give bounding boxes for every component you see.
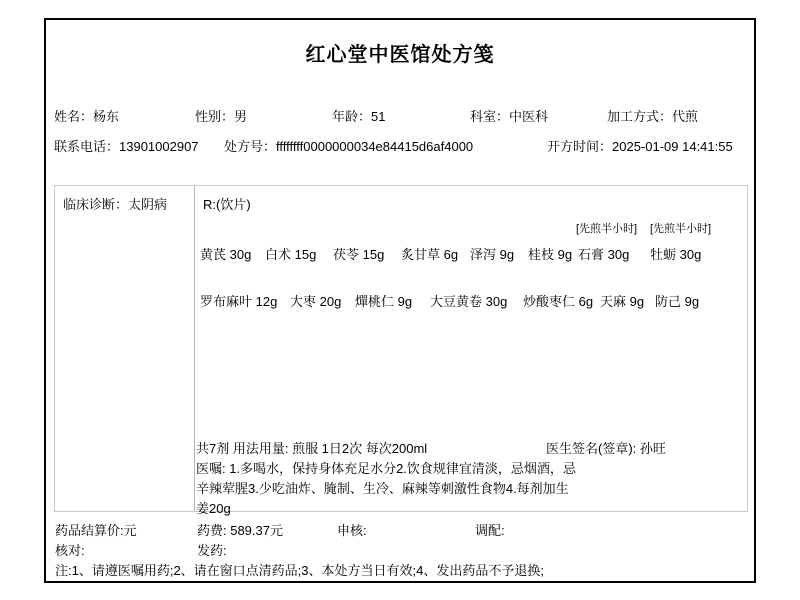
herb-item: 桂枝 9g — [528, 247, 572, 262]
department-field: 科室：中医科 — [470, 109, 548, 124]
patient-gender-field: 性别：男 — [195, 109, 247, 124]
herb-item: 燀桃仁 9g — [355, 294, 412, 309]
patient-age-field: 年龄：51 — [332, 109, 385, 124]
medical-advice-line: 辛辣荤腥3.少吃油炸、腌制、生冷、麻辣等刺激性食物4.每剂加生 — [196, 481, 569, 496]
clinical-diagnosis: 临床诊断：太阴病 — [63, 197, 167, 212]
decoction-note: [先煎半小时] — [650, 223, 711, 236]
usage-line: 共7剂 用法用量: 煎服 1日2次 每次200ml — [196, 441, 427, 456]
allocate-field: 调配: — [475, 523, 505, 538]
dispense-field: 发药: — [197, 543, 227, 558]
medicine-fee-field: 药费: 589.37元 — [197, 523, 283, 538]
diagnosis-divider — [194, 186, 195, 511]
herb-item: 石膏 30g — [578, 247, 629, 262]
herb-item: 大枣 20g — [290, 294, 341, 309]
contact-phone-field: 联系电话：13901002907 — [54, 139, 199, 154]
patient-name-field: 姓名：杨东 — [54, 109, 119, 124]
herb-item: 防己 9g — [655, 294, 699, 309]
herb-item: 罗布麻叶 12g — [200, 294, 277, 309]
herb-item: 黄芪 30g — [200, 247, 251, 262]
doctor-signature: 医生签名(签章): 孙旺 — [546, 441, 666, 456]
herb-item: 茯苓 15g — [333, 247, 384, 262]
medical-advice-line: 姜20g — [196, 501, 231, 516]
herb-item: 天麻 9g — [600, 294, 644, 309]
herb-item: 大豆黄卷 30g — [430, 294, 507, 309]
processing-method-field: 加工方式：代煎 — [607, 109, 698, 124]
footer-note: 注:1、请遵医嘱用药;2、请在窗口点清药品;3、本处方当日有效;4、发出药品不予… — [55, 563, 544, 578]
check-field: 核对: — [55, 543, 85, 558]
prescription-body: 临床诊断：太阴病 R:(饮片) [先煎半小时] [先煎半小时] 黄芪 30g 白… — [54, 185, 748, 512]
herb-item: 炙甘草 6g — [401, 247, 458, 262]
prescription-form: 红心堂中医馆处方笺 姓名：杨东 性别：男 年龄：51 科室：中医科 加工方式：代… — [44, 18, 756, 583]
prescription-number-field: 处方号：ffffffff0000000034e84415d6af4000 — [224, 139, 473, 154]
herb-item: 炒酸枣仁 6g — [523, 294, 593, 309]
form-title: 红心堂中医馆处方笺 — [46, 38, 754, 67]
decoction-note: [先煎半小时] — [576, 223, 637, 236]
medical-advice-line: 医嘱: 1.多喝水，保持身体充足水分2.饮食规律宜清淡，忌烟酒，忌 — [196, 461, 576, 476]
settlement-price-field: 药品结算价:元 — [55, 523, 137, 538]
herb-item: 白术 15g — [265, 247, 316, 262]
rx-header: R:(饮片) — [203, 197, 251, 212]
herb-item: 泽泻 9g — [470, 247, 514, 262]
review-field: 申核: — [337, 523, 367, 538]
prescription-time-field: 开方时间：2025-01-09 14:41:55 — [547, 139, 733, 154]
herb-item: 牡蛎 30g — [650, 247, 701, 262]
